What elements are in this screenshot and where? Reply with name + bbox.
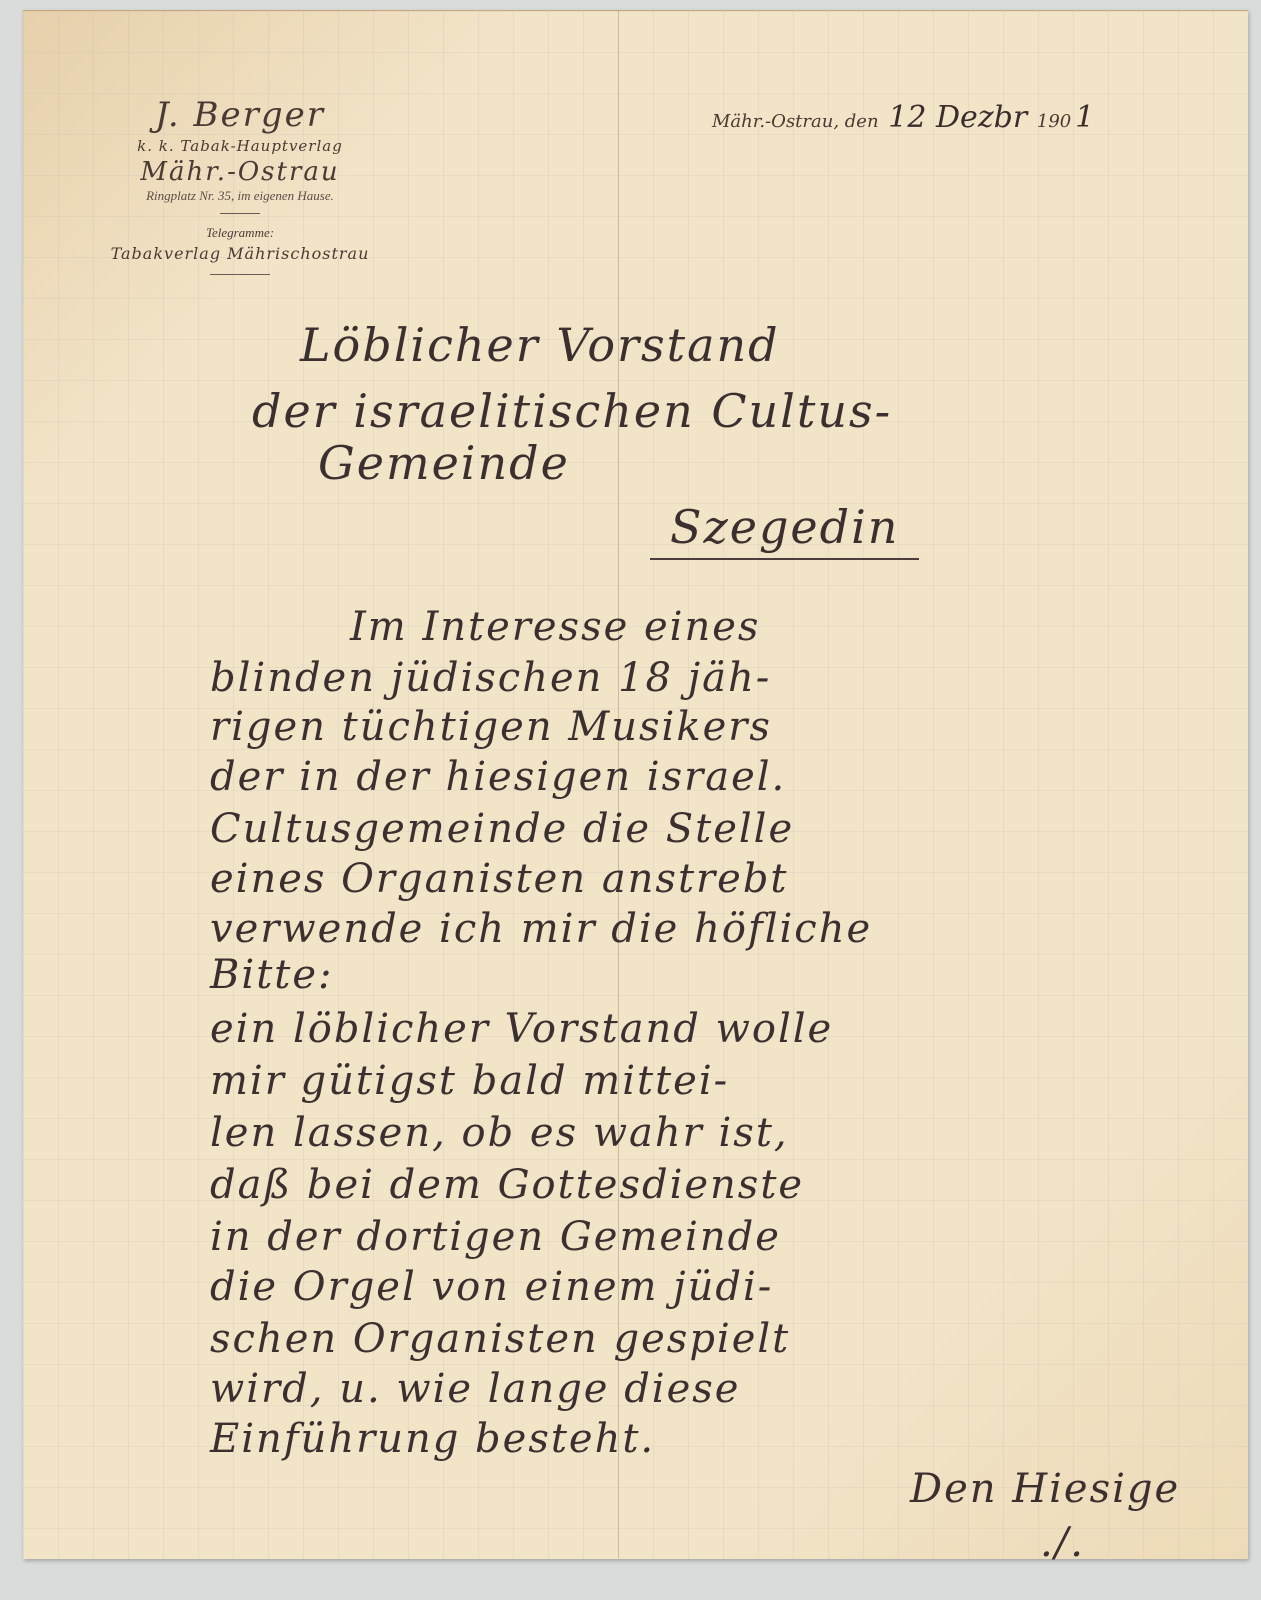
ornament-divider [220, 211, 260, 214]
telegram-address: Tabakverlag Mährischostrau [80, 242, 400, 266]
body-line: Cultusgemeinde die Stelle [210, 806, 794, 852]
body-line: rigen tüchtigen Musikers [210, 704, 772, 750]
body-line: Einführung besteht. [210, 1416, 655, 1462]
body-line: ein löblicher Vorstand wolle [210, 1006, 833, 1052]
letterhead-address: Ringplatz Nr. 35, im eigenen Hause. [80, 187, 400, 205]
ornament-divider [210, 274, 270, 275]
body-line: schen Organisten gespielt [210, 1316, 790, 1362]
dateline-place: Mähr.-Ostrau, den [712, 111, 879, 132]
body-line: daß bei dem Gottesdienste [210, 1162, 804, 1208]
dateline-year-printed: 190 [1037, 111, 1071, 132]
body-line: in der dortigen Gemeinde [210, 1214, 781, 1260]
closing-mark: ./. [1040, 1520, 1085, 1566]
letterhead-city: Mähr.-Ostrau [80, 157, 400, 187]
telegram-label: Telegramme: [80, 224, 400, 242]
letterhead-subtitle: k. k. Tabak-Hauptverlag [80, 135, 400, 157]
dateline-date: 12 Dezbr [888, 100, 1027, 135]
body-line: mir gütigst bald mittei- [210, 1058, 729, 1104]
body-line: len lassen, ob es wahr ist, [210, 1110, 789, 1156]
body-line: Bitte: [210, 952, 333, 998]
body-line: der in der hiesigen israel. [210, 754, 786, 800]
closing-line: Den Hiesige [910, 1466, 1180, 1512]
salutation-line: der israelitischen Cultus- [252, 384, 892, 438]
body-line: eines Organisten anstrebt [210, 856, 789, 902]
body-line: Im Interesse eines [350, 604, 760, 650]
salutation-line: Gemeinde [318, 436, 570, 490]
letterhead-name: J. Berger [80, 95, 400, 135]
dateline-year-handwritten: 1 [1075, 100, 1094, 135]
dateline: Mähr.-Ostrau, den 12 Dezbr 1901 [712, 100, 1098, 135]
body-line: blinden jüdischen 18 jäh- [210, 655, 771, 701]
letterhead: J. Berger k. k. Tabak-Hauptverlag Mähr.-… [80, 95, 400, 275]
salutation-place: Szegedin [650, 500, 919, 560]
body-line: verwende ich mir die höfliche [210, 906, 872, 952]
salutation-line: Löblicher Vorstand [300, 318, 780, 372]
body-line: wird, u. wie lange diese [210, 1366, 740, 1412]
body-line: die Orgel von einem jüdi- [210, 1264, 773, 1310]
